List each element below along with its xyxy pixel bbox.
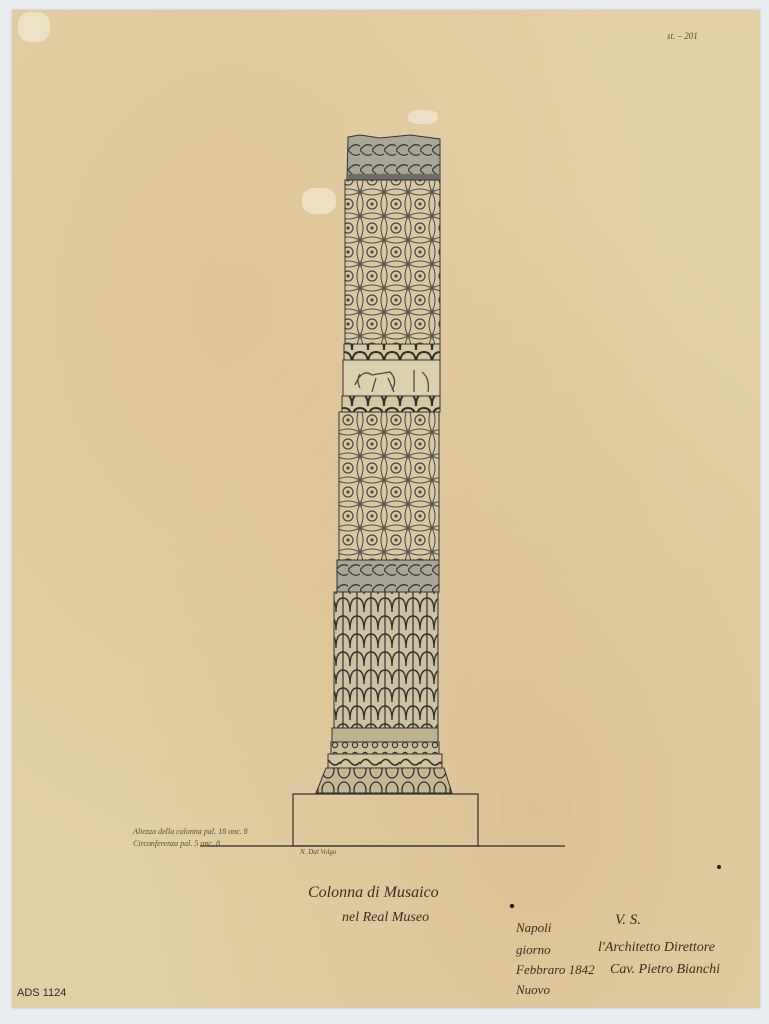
animal-frieze: [343, 360, 440, 396]
caption-line2: nel Real Museo: [342, 910, 429, 926]
date-block-line: Febbraro 1842: [516, 962, 595, 978]
signature-small: N. Dal Volgo: [300, 848, 336, 856]
date-block-line: Napoli: [516, 920, 551, 936]
ink-spot: [717, 865, 721, 869]
catalog-id: ADS 1124: [17, 987, 66, 999]
top-right-number: st. – 201: [667, 31, 698, 41]
base-moldings: [316, 728, 452, 793]
laurel-capital-band: [347, 135, 440, 180]
plinth: [293, 794, 478, 846]
approval-line: Cav. Pietro Bianchi: [610, 962, 720, 978]
approval-line: V. S.: [615, 912, 641, 929]
ink-spot: [510, 904, 514, 908]
floral-lattice-lower: [339, 412, 439, 560]
scale-note-line2: Circonferenza pal. 5 onc. 8: [133, 839, 220, 848]
date-block-line: giorno: [516, 942, 551, 958]
arcade-band-upper: [344, 344, 440, 360]
floral-lattice-upper: [345, 180, 440, 344]
approval-line: l'Architetto Direttore: [598, 940, 715, 956]
scale-note-line1: Altezza della colonna pal. 18 onc. 8: [133, 827, 248, 836]
scale-pattern: [334, 592, 438, 728]
arcade-band-lower: [342, 396, 440, 412]
column-drawing: [0, 0, 769, 1024]
date-block-line: Nuovo: [516, 982, 550, 998]
laurel-middle-band: [337, 560, 439, 592]
caption-line1: Colonna di Musaico: [308, 884, 439, 902]
